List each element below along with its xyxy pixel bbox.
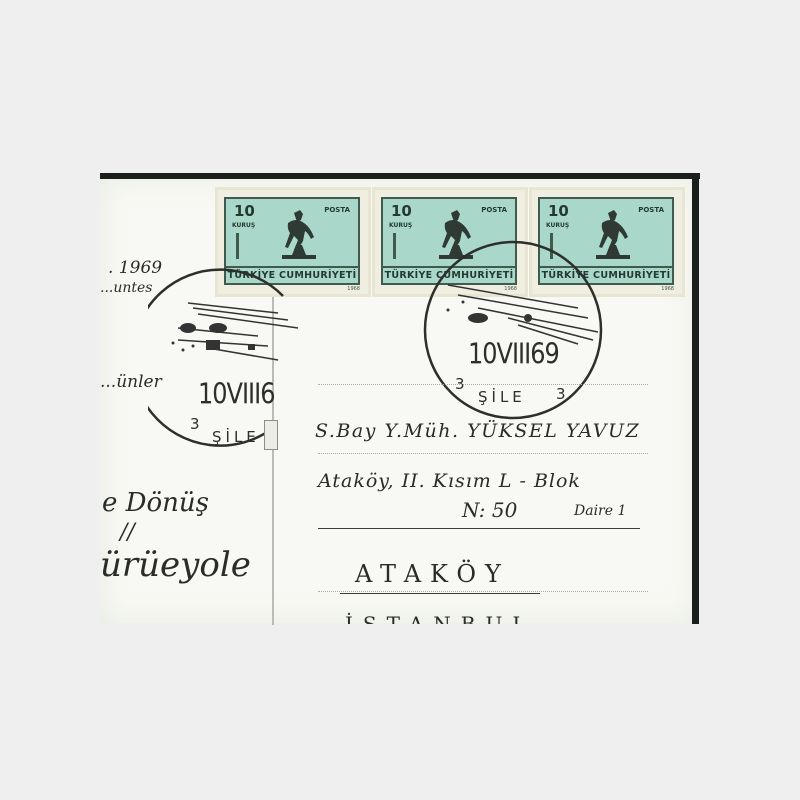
equestrian-statue-icon xyxy=(274,209,324,261)
address-district: ATAKÖY xyxy=(355,560,510,588)
message-line-3: ...ünler xyxy=(100,372,162,392)
postmark-left-date: 10VIII6 xyxy=(198,377,274,411)
stamp-currency: KURUŞ xyxy=(546,222,569,229)
address-rule-2 xyxy=(318,453,648,454)
stamp-side-text xyxy=(393,233,396,259)
stamp-posta-label: POSTA xyxy=(324,206,350,214)
address-number: N: 50 xyxy=(462,498,517,522)
postmark-left xyxy=(148,268,323,448)
message-line-2: ...untes xyxy=(100,280,152,296)
registration-box-mark xyxy=(264,420,278,450)
address-city: İSTANBUL xyxy=(345,612,536,624)
postmark-right-number-right: 3 xyxy=(556,385,570,403)
address-recipient: S.Bay Y.Müh. YÜKSEL YAVUZ xyxy=(315,420,640,442)
stamp-year: 1968 xyxy=(661,286,674,292)
address-rule-4 xyxy=(318,591,648,592)
stamp-value: 10 xyxy=(391,202,412,220)
postmark-left-place: ŞİLE xyxy=(212,428,260,446)
stamp-value: 10 xyxy=(234,202,255,220)
stamp-currency: KURUŞ xyxy=(389,222,412,229)
message-line-5: // xyxy=(120,520,135,545)
address-street: Ataköy, II. Kısım L - Blok xyxy=(318,470,581,492)
address-apartment: Daire 1 xyxy=(574,503,626,519)
address-rule-3 xyxy=(318,528,640,529)
stamp-year: 1968 xyxy=(347,286,360,292)
postmark-right-place: ŞİLE xyxy=(478,388,526,406)
stamp-currency: KURUŞ xyxy=(232,222,255,229)
card-top-shadow-edge xyxy=(100,173,700,179)
stamp-posta-label: POSTA xyxy=(638,206,664,214)
stamp-value: 10 xyxy=(548,202,569,220)
stamp-posta-label: POSTA xyxy=(481,206,507,214)
card-right-shadow-edge xyxy=(692,173,699,624)
address-underline-city xyxy=(340,593,540,594)
message-line-4: e Dönüş xyxy=(102,488,209,518)
postmark-right-date: 10VIII69 xyxy=(468,337,559,371)
message-line-6: ürüeyole xyxy=(100,545,251,585)
stamp-side-text xyxy=(236,233,239,259)
postmark-left-number: 3 xyxy=(190,415,204,433)
address-rule-1 xyxy=(318,384,648,385)
message-date: . 1969 xyxy=(108,258,162,278)
